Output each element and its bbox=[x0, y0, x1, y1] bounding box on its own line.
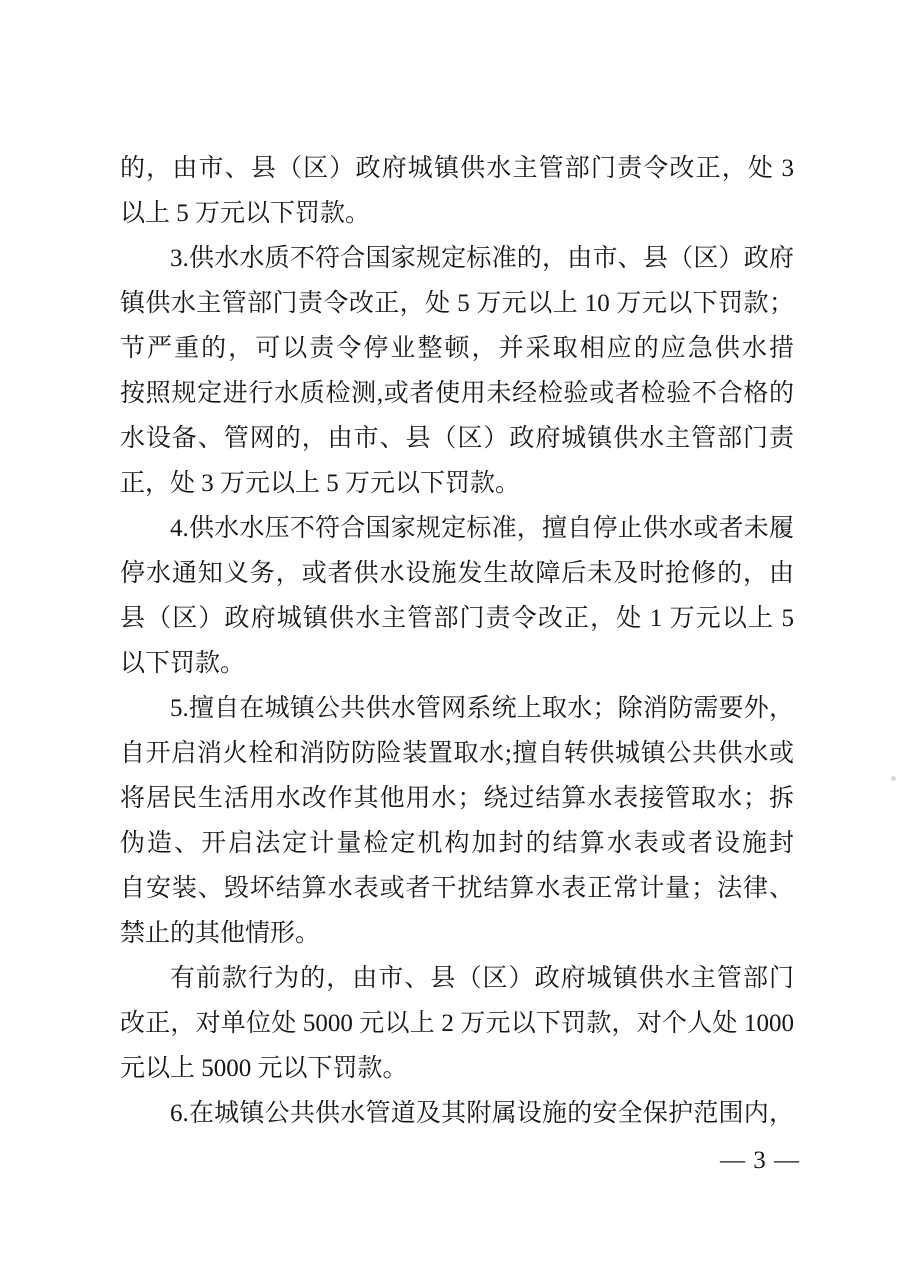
text-line: 停水通知义务，或者供水设施发生故障后未及时抢修的，由市、 bbox=[120, 551, 794, 596]
scan-speck bbox=[891, 776, 896, 781]
text-line: 县（区）政府城镇供水主管部门责令改正，处 1 万元以上 5 万元 bbox=[120, 596, 794, 641]
text-line: 的，由市、县（区）政府城镇供水主管部门责令改正，处 3 万元 bbox=[120, 146, 794, 191]
text-line: 将居民生活用水改作其他用水；绕过结算水表接管取水；拆除、 bbox=[120, 776, 794, 821]
text-line: 伪造、开启法定计量检定机构加封的结算水表或者设施封印；擅 bbox=[120, 821, 794, 866]
paragraph: 5.擅自在城镇公共供水管网系统上取水；除消防需要外，擅自开启消火栓和消防防险装置… bbox=[120, 686, 794, 956]
text-line: 元以上 5000 元以下罚款。 bbox=[120, 1046, 794, 1091]
text-line: 5.擅自在城镇公共供水管网系统上取水；除消防需要外，擅 bbox=[120, 686, 794, 731]
paragraph: 有前款行为的，由市、县（区）政府城镇供水主管部门责令改正，对单位处 5000 元… bbox=[120, 956, 794, 1091]
text-line: 正，处 3 万元以上 5 万元以下罚款。 bbox=[120, 461, 794, 506]
text-line: 水设备、管网的，由市、县（区）政府城镇供水主管部门责令改 bbox=[120, 416, 794, 461]
text-line: 禁止的其他情形。 bbox=[120, 911, 794, 956]
paragraph: 6.在城镇公共供水管道及其附属设施的安全保护范围内，建 bbox=[120, 1091, 794, 1136]
text-line: 自开启消火栓和消防防险装置取水;擅自转供城镇公共供水或者 bbox=[120, 731, 794, 776]
text-line: 3.供水水质不符合国家规定标准的，由市、县（区）政府城 bbox=[120, 236, 794, 281]
text-block: 的，由市、县（区）政府城镇供水主管部门责令改正，处 3 万元以上 5 万元以下罚… bbox=[120, 146, 794, 1136]
text-line: 镇供水主管部门责令改正，处 5 万元以上 10 万元以下罚款；情 bbox=[120, 281, 794, 326]
paragraph: 4.供水水压不符合国家规定标准，擅自停止供水或者未履行停水通知义务，或者供水设施… bbox=[120, 506, 794, 686]
document-page: 的，由市、县（区）政府城镇供水主管部门责令改正，处 3 万元以上 5 万元以下罚… bbox=[0, 0, 900, 1266]
text-line: 有前款行为的，由市、县（区）政府城镇供水主管部门责令 bbox=[120, 956, 794, 1001]
text-line: 6.在城镇公共供水管道及其附属设施的安全保护范围内，建 bbox=[120, 1091, 794, 1136]
paragraph: 的，由市、县（区）政府城镇供水主管部门责令改正，处 3 万元以上 5 万元以下罚… bbox=[120, 146, 794, 236]
text-line: 以上 5 万元以下罚款。 bbox=[120, 191, 794, 236]
paragraph: 3.供水水质不符合国家规定标准的，由市、县（区）政府城镇供水主管部门责令改正，处… bbox=[120, 236, 794, 506]
text-line: 以下罚款。 bbox=[120, 641, 794, 686]
text-line: 按照规定进行水质检测,或者使用未经检验或者检验不合格的供 bbox=[120, 371, 794, 416]
text-line: 4.供水水压不符合国家规定标准，擅自停止供水或者未履行 bbox=[120, 506, 794, 551]
text-line: 自安装、毁坏结算水表或者干扰结算水表正常计量；法律、法规 bbox=[120, 866, 794, 911]
page-number: — 3 — bbox=[720, 1146, 800, 1176]
text-line: 节严重的，可以责令停业整顿，并采取相应的应急供水措施；未 bbox=[120, 326, 794, 371]
text-line: 改正，对单位处 5000 元以上 2 万元以下罚款，对个人处 1000 bbox=[120, 1001, 794, 1046]
